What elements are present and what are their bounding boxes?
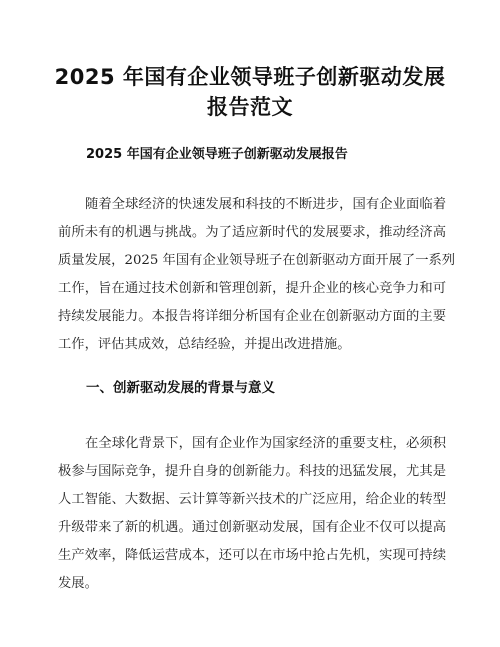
title-line-1: 2025 年国有企业领导班子创新驱动发展 bbox=[0, 62, 500, 92]
paragraph-line: 极参与国际竞争，提升自身的创新能力。科技的迅猛发展，尤其是 bbox=[58, 458, 446, 486]
paragraph-line: 工作，旨在通过技术创新和管理创新，提升企业的核心竞争力和可 bbox=[58, 275, 446, 303]
paragraph-line: 随着全球经济的快速发展和科技的不断进步，国有企业面临着 bbox=[58, 191, 446, 219]
paragraph-line: 工作，评估其成效，总结经验，并提出改进措施。 bbox=[58, 331, 446, 359]
intro-paragraph: 随着全球经济的快速发展和科技的不断进步，国有企业面临着 前所未有的机遇与挑战。为… bbox=[58, 191, 446, 359]
paragraph-line: 人工智能、大数据、云计算等新兴技术的广泛应用，给企业的转型 bbox=[58, 486, 446, 514]
document-page: 2025 年国有企业领导班子创新驱动发展 报告范文 2025 年国有企业领导班子… bbox=[0, 0, 500, 647]
paragraph-line: 升级带来了新的机遇。通过创新驱动发展，国有企业不仅可以提高 bbox=[58, 514, 446, 542]
document-title: 2025 年国有企业领导班子创新驱动发展 报告范文 bbox=[0, 62, 500, 122]
paragraph-line: 发展。 bbox=[58, 570, 446, 598]
title-line-2: 报告范文 bbox=[0, 92, 500, 122]
paragraph-line: 持续发展能力。本报告将详细分析国有企业在创新驱动方面的主要 bbox=[58, 303, 446, 331]
paragraph-line: 在全球化背景下，国有企业作为国家经济的重要支柱，必须积 bbox=[58, 430, 446, 458]
paragraph-line: 前所未有的机遇与挑战。为了适应新时代的发展要求，推动经济高 bbox=[58, 219, 446, 247]
section-heading-1: 一、创新驱动发展的背景与意义 bbox=[86, 378, 275, 398]
paragraph-line: 质量发展，2025 年国有企业领导班子在创新驱动方面开展了一系列 bbox=[58, 247, 446, 275]
paragraph-line: 生产效率，降低运营成本，还可以在市场中抢占先机，实现可持续 bbox=[58, 542, 446, 570]
background-paragraph: 在全球化背景下，国有企业作为国家经济的重要支柱，必须积 极参与国际竞争，提升自身… bbox=[58, 430, 446, 598]
report-subtitle: 2025 年国有企业领导班子创新驱动发展报告 bbox=[86, 146, 348, 164]
